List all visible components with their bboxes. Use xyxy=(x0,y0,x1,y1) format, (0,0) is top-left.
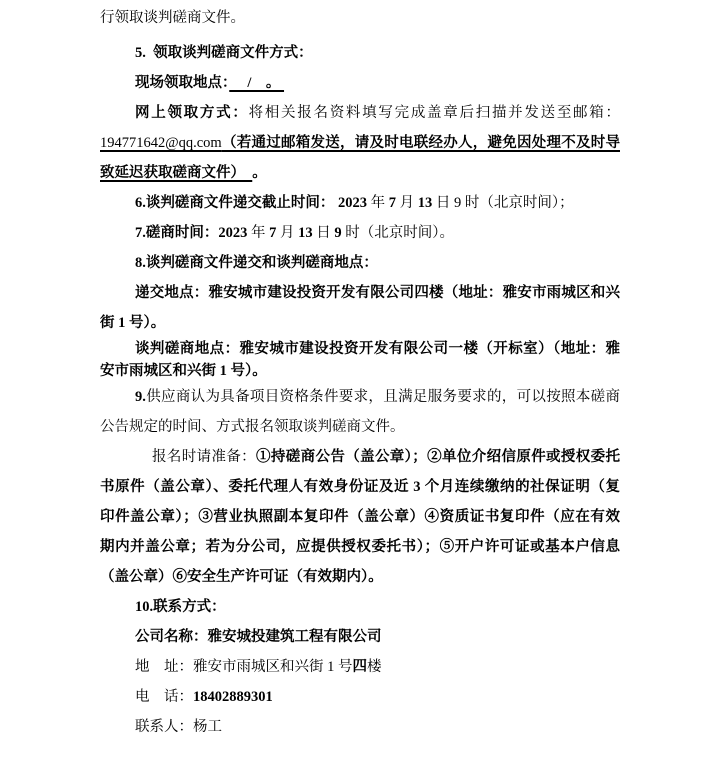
text-run: 供应商认为具备项目资格条件要求，且满足服务要求的，可以按照本磋商 xyxy=(146,389,620,405)
item-6-deadline: 6.谈判磋商文件递交截止时间： 2023 年 7 月 13 日 9 时（北京时间… xyxy=(100,188,620,218)
item-10-heading: 10.联系方式： xyxy=(100,592,620,622)
text-run: ①持磋商公告（盖公章）；②单位介绍信原件或授权委托 xyxy=(256,449,620,465)
document-body: 行领取谈判磋商文件。5. 领取谈判磋商文件方式：现场领取地点： / 。 网上领取… xyxy=(100,3,620,742)
text-run: 期内并盖公章；若为分公司，应提供授权委托书）；⑤开户许可证或基本户信息 xyxy=(100,539,620,555)
text-run: 街 1 号）。 xyxy=(100,315,165,331)
submission-address-line-2: 街 1 号）。 xyxy=(100,308,620,338)
online-pickup-line: 网上领取方式：将相关报名资料填写完成盖章后扫描并发送至邮箱： xyxy=(100,98,620,128)
text-run: 电 话： xyxy=(135,689,193,705)
text-run: 日 9 时（北京时间）； xyxy=(432,195,573,211)
text-run: 将相关报名资料填写完成盖章后扫描并发送至邮箱： xyxy=(249,105,620,121)
text-run: 四 xyxy=(353,659,368,675)
text-run: 书原件（盖公章）、委托代理人有效身份证及近 3 个月连续缴纳的社保证明（复 xyxy=(100,479,620,495)
signup-prepare-line-4: 期内并盖公章；若为分公司，应提供授权委托书）；⑤开户许可证或基本户信息 xyxy=(100,532,620,562)
text-run: 网上领取方式： xyxy=(135,105,249,121)
email-line-1: 194771642@qq.com（若通过邮箱发送，请及时电联经办人，避免因处理不… xyxy=(100,128,620,158)
text-run: 日 xyxy=(313,225,335,241)
text-run: 7.磋商时间： xyxy=(135,225,218,241)
text-run: 时（北京时间）。 xyxy=(342,225,454,241)
item-8-heading: 8.谈判磋商文件递交和谈判磋商地点： xyxy=(100,248,620,278)
text-run: 地 址：雅安市雨城区和兴街 1 号 xyxy=(135,659,353,675)
email-line-2: 致延迟获取磋商文件） 。 xyxy=(100,158,620,188)
text-run: 9. xyxy=(135,389,146,405)
email-address: 194771642@qq.com xyxy=(100,135,222,151)
item-7-time: 7.磋商时间：2023 年 7 月 13 日 9 时（北京时间）。 xyxy=(100,218,620,248)
text-run: 5. 领取谈判磋商文件方式： xyxy=(135,45,313,61)
text-run: 13 xyxy=(418,195,433,211)
text-run: 月 xyxy=(396,195,418,211)
text-run: （盖公章）⑥安全生产许可证（有效期内）。 xyxy=(100,569,383,585)
item-9-line-2: 公告规定的时间、方式报名领取谈判磋商文件。 xyxy=(100,412,620,442)
text-run: 8.谈判磋商文件递交和谈判磋商地点： xyxy=(135,255,378,271)
text-run: 行领取谈判磋商文件。 xyxy=(100,10,245,26)
contact-person: 联系人：杨工 xyxy=(135,719,222,735)
signup-prepare-line-2: 书原件（盖公章）、委托代理人有效身份证及近 3 个月连续缴纳的社保证明（复 xyxy=(100,472,620,502)
text-run: 公告规定的时间、方式报名领取谈判磋商文件。 xyxy=(100,419,405,435)
address-line: 地 址：雅安市雨城区和兴街 1 号四楼 xyxy=(100,652,620,682)
text-run: 报名时请准备： xyxy=(152,449,256,465)
phone-number: 18402889301 xyxy=(193,689,273,705)
text-run: 年 xyxy=(367,195,389,211)
company-name-line: 公司名称：雅安城投建筑工程有限公司 xyxy=(100,622,620,652)
text-run: 13 xyxy=(298,225,313,241)
onsite-pickup-line: 现场领取地点： / 。 xyxy=(100,68,620,98)
text-run: 7 xyxy=(389,195,396,211)
negotiation-address-line-2: 安市雨城区和兴街 1 号）。 xyxy=(100,360,620,382)
text-run: 谈判磋商地点：雅安城市建设投资开发有限公司一楼（开标室）（地址：雅 xyxy=(135,341,620,357)
text-run: 月 xyxy=(276,225,298,241)
blank-slash-field: / 。 xyxy=(229,75,284,91)
text-run: 2023 xyxy=(218,225,247,241)
text-run: 。 xyxy=(252,165,267,181)
text-run: 6.谈判磋商文件递交截止时间： xyxy=(135,195,334,211)
text-run: 年 xyxy=(247,225,269,241)
document-page: 行领取谈判磋商文件。5. 领取谈判磋商文件方式：现场领取地点： / 。 网上领取… xyxy=(0,0,718,765)
submission-address-line-1: 递交地点：雅安城市建设投资开发有限公司四楼（地址：雅安市雨城区和兴 xyxy=(100,278,620,308)
contact-person-line: 联系人：杨工 xyxy=(100,712,620,742)
signup-prepare-line-3: 印件盖公章）；③营业执照副本复印件（盖公章）④资质证书复印件（应在有效 xyxy=(100,502,620,532)
company-name: 公司名称：雅安城投建筑工程有限公司 xyxy=(135,629,382,645)
text-run: （若通过邮箱发送，请及时电联经办人，避免因处理不及时导 xyxy=(222,135,620,151)
text-run: 10.联系方式： xyxy=(135,599,226,615)
text-run: 2023 xyxy=(338,195,367,211)
item-5-heading: 5. 领取谈判磋商文件方式： xyxy=(100,38,620,68)
text-run: 致延迟获取磋商文件） xyxy=(100,165,245,181)
item-9-line-1: 9.供应商认为具备项目资格条件要求，且满足服务要求的，可以按照本磋商 xyxy=(100,382,620,412)
text-run: 印件盖公章）；③营业执照副本复印件（盖公章）④资质证书复印件（应在有效 xyxy=(100,509,620,525)
text-run: 9 xyxy=(334,225,341,241)
text-run: 递交地点：雅安城市建设投资开发有限公司四楼（地址：雅安市雨城区和兴 xyxy=(135,285,620,301)
phone-line: 电 话：18402889301 xyxy=(100,682,620,712)
signup-prepare-line-1: 报名时请准备：①持磋商公告（盖公章）；②单位介绍信原件或授权委托 xyxy=(100,442,620,472)
text-run: 安市雨城区和兴街 1 号）。 xyxy=(100,363,267,379)
continued-paragraph-line: 行领取谈判磋商文件。 xyxy=(100,3,620,33)
signup-prepare-line-5: （盖公章）⑥安全生产许可证（有效期内）。 xyxy=(100,562,620,592)
text-run: 现场领取地点： xyxy=(135,75,229,91)
text-run: 楼 xyxy=(367,659,382,675)
negotiation-address-line-1: 谈判磋商地点：雅安城市建设投资开发有限公司一楼（开标室）（地址：雅 xyxy=(100,338,620,360)
